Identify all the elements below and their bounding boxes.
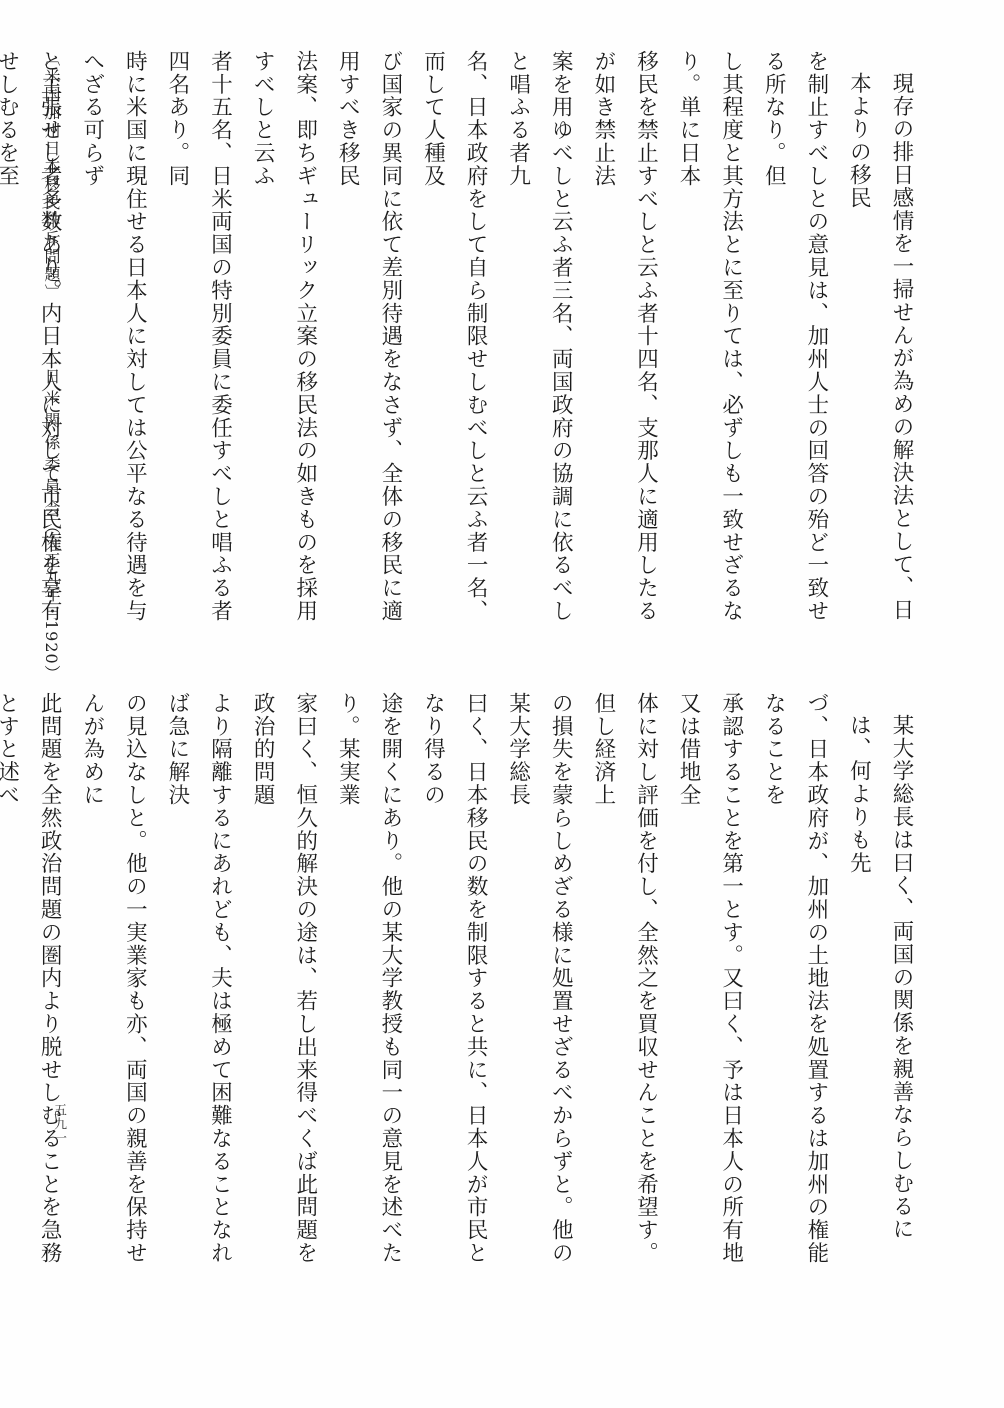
text-column: 途を開くにあり。他の某大学教授も同一の意見を述べたり。某実業	[326, 692, 411, 1272]
text-column: づ、日本政府が、加州の土地法を処置するは加州の権能なることを	[752, 692, 837, 1272]
text-column: より隔離するにあれども、夫は極めて困難なることなれば急に解決	[155, 692, 240, 1272]
publisher-caption: 日米関係委員会	[40, 368, 63, 522]
text-tier-bottom: 某大学総長は曰く、両国の関係を親善ならしむるには、何よりも先 づ、日本政府が、加…	[0, 692, 922, 1272]
date-caption: （大正九年・1920）	[40, 518, 63, 682]
text-column: 法案、即ちギューリック立案の移民法の如きものを採用すべしと云ふ	[241, 50, 326, 630]
text-column: を制止すべしとの意見は、加州人士の回答の殆ど一致せる所なり。但	[752, 50, 837, 630]
text-column: 曰く、日本移民の数を制限すると共に、日本人が市民となり得るの	[411, 692, 496, 1272]
document-page: 現存の排日感情を一掃せんが為めの解決法として、日本よりの移民 を制止すべしとの意…	[0, 0, 1004, 1408]
text-tier-top: 現存の排日感情を一掃せんが為めの解決法として、日本よりの移民 を制止すべしとの意…	[0, 50, 922, 630]
text-column: 案を用ゆべしと云ふ者三名、両国政府の協調に依るべしと唱ふる者九	[496, 50, 581, 630]
text-column: 名、日本政府をして自ら制限せしむべしと云ふ者一名、而して人種及	[411, 50, 496, 630]
text-column: 体に対し評価を付し、全然之を買収せんことを希望す。但し経済上	[581, 692, 666, 1272]
page-number: 五九一	[49, 1103, 68, 1145]
text-column: 承認することを第一とす。又曰く、予は日本人の所有地又は借地全	[666, 692, 751, 1272]
text-column: し其程度と其方法とに至りては、必ずしも一致せざるなり。単に日本	[666, 50, 751, 630]
text-column: 移民を禁止すべしと云ふ者十四名、支那人に適用したるが如き禁止法	[581, 50, 666, 630]
source-caption: 〔米国加州日本移民排斥問題〕	[40, 50, 63, 302]
text-column: の見込なしと。他の一実業家も亦、両国の親善を保持せんが為めに	[70, 692, 155, 1272]
text-column: 家曰く、恒久的解決の途は、若し出来得べくば此問題を政治的問題	[241, 692, 326, 1272]
text-column: 時に米国に現住せる日本人に対しては公平なる待遇を与へざる可らず	[70, 50, 155, 630]
text-column: び国家の異同に依て差別待遇をなさず、全体の移民に適用すべき移民	[326, 50, 411, 630]
text-column: 者十五名、日米両国の特別委員に委任すべしと唱ふる者四名あり。同	[155, 50, 240, 630]
text-column: 此問題を全然政治問題の圏内より脱せしむることを急務とすと述べ	[0, 692, 70, 1272]
text-column: 現存の排日感情を一掃せんが為めの解決法として、日本よりの移民	[837, 50, 922, 630]
text-column: 某大学総長は曰く、両国の関係を親善ならしむるには、何よりも先	[837, 692, 922, 1272]
text-column: の損失を蒙らしめざる様に処置せざるべからずと。他の某大学総長	[496, 692, 581, 1272]
